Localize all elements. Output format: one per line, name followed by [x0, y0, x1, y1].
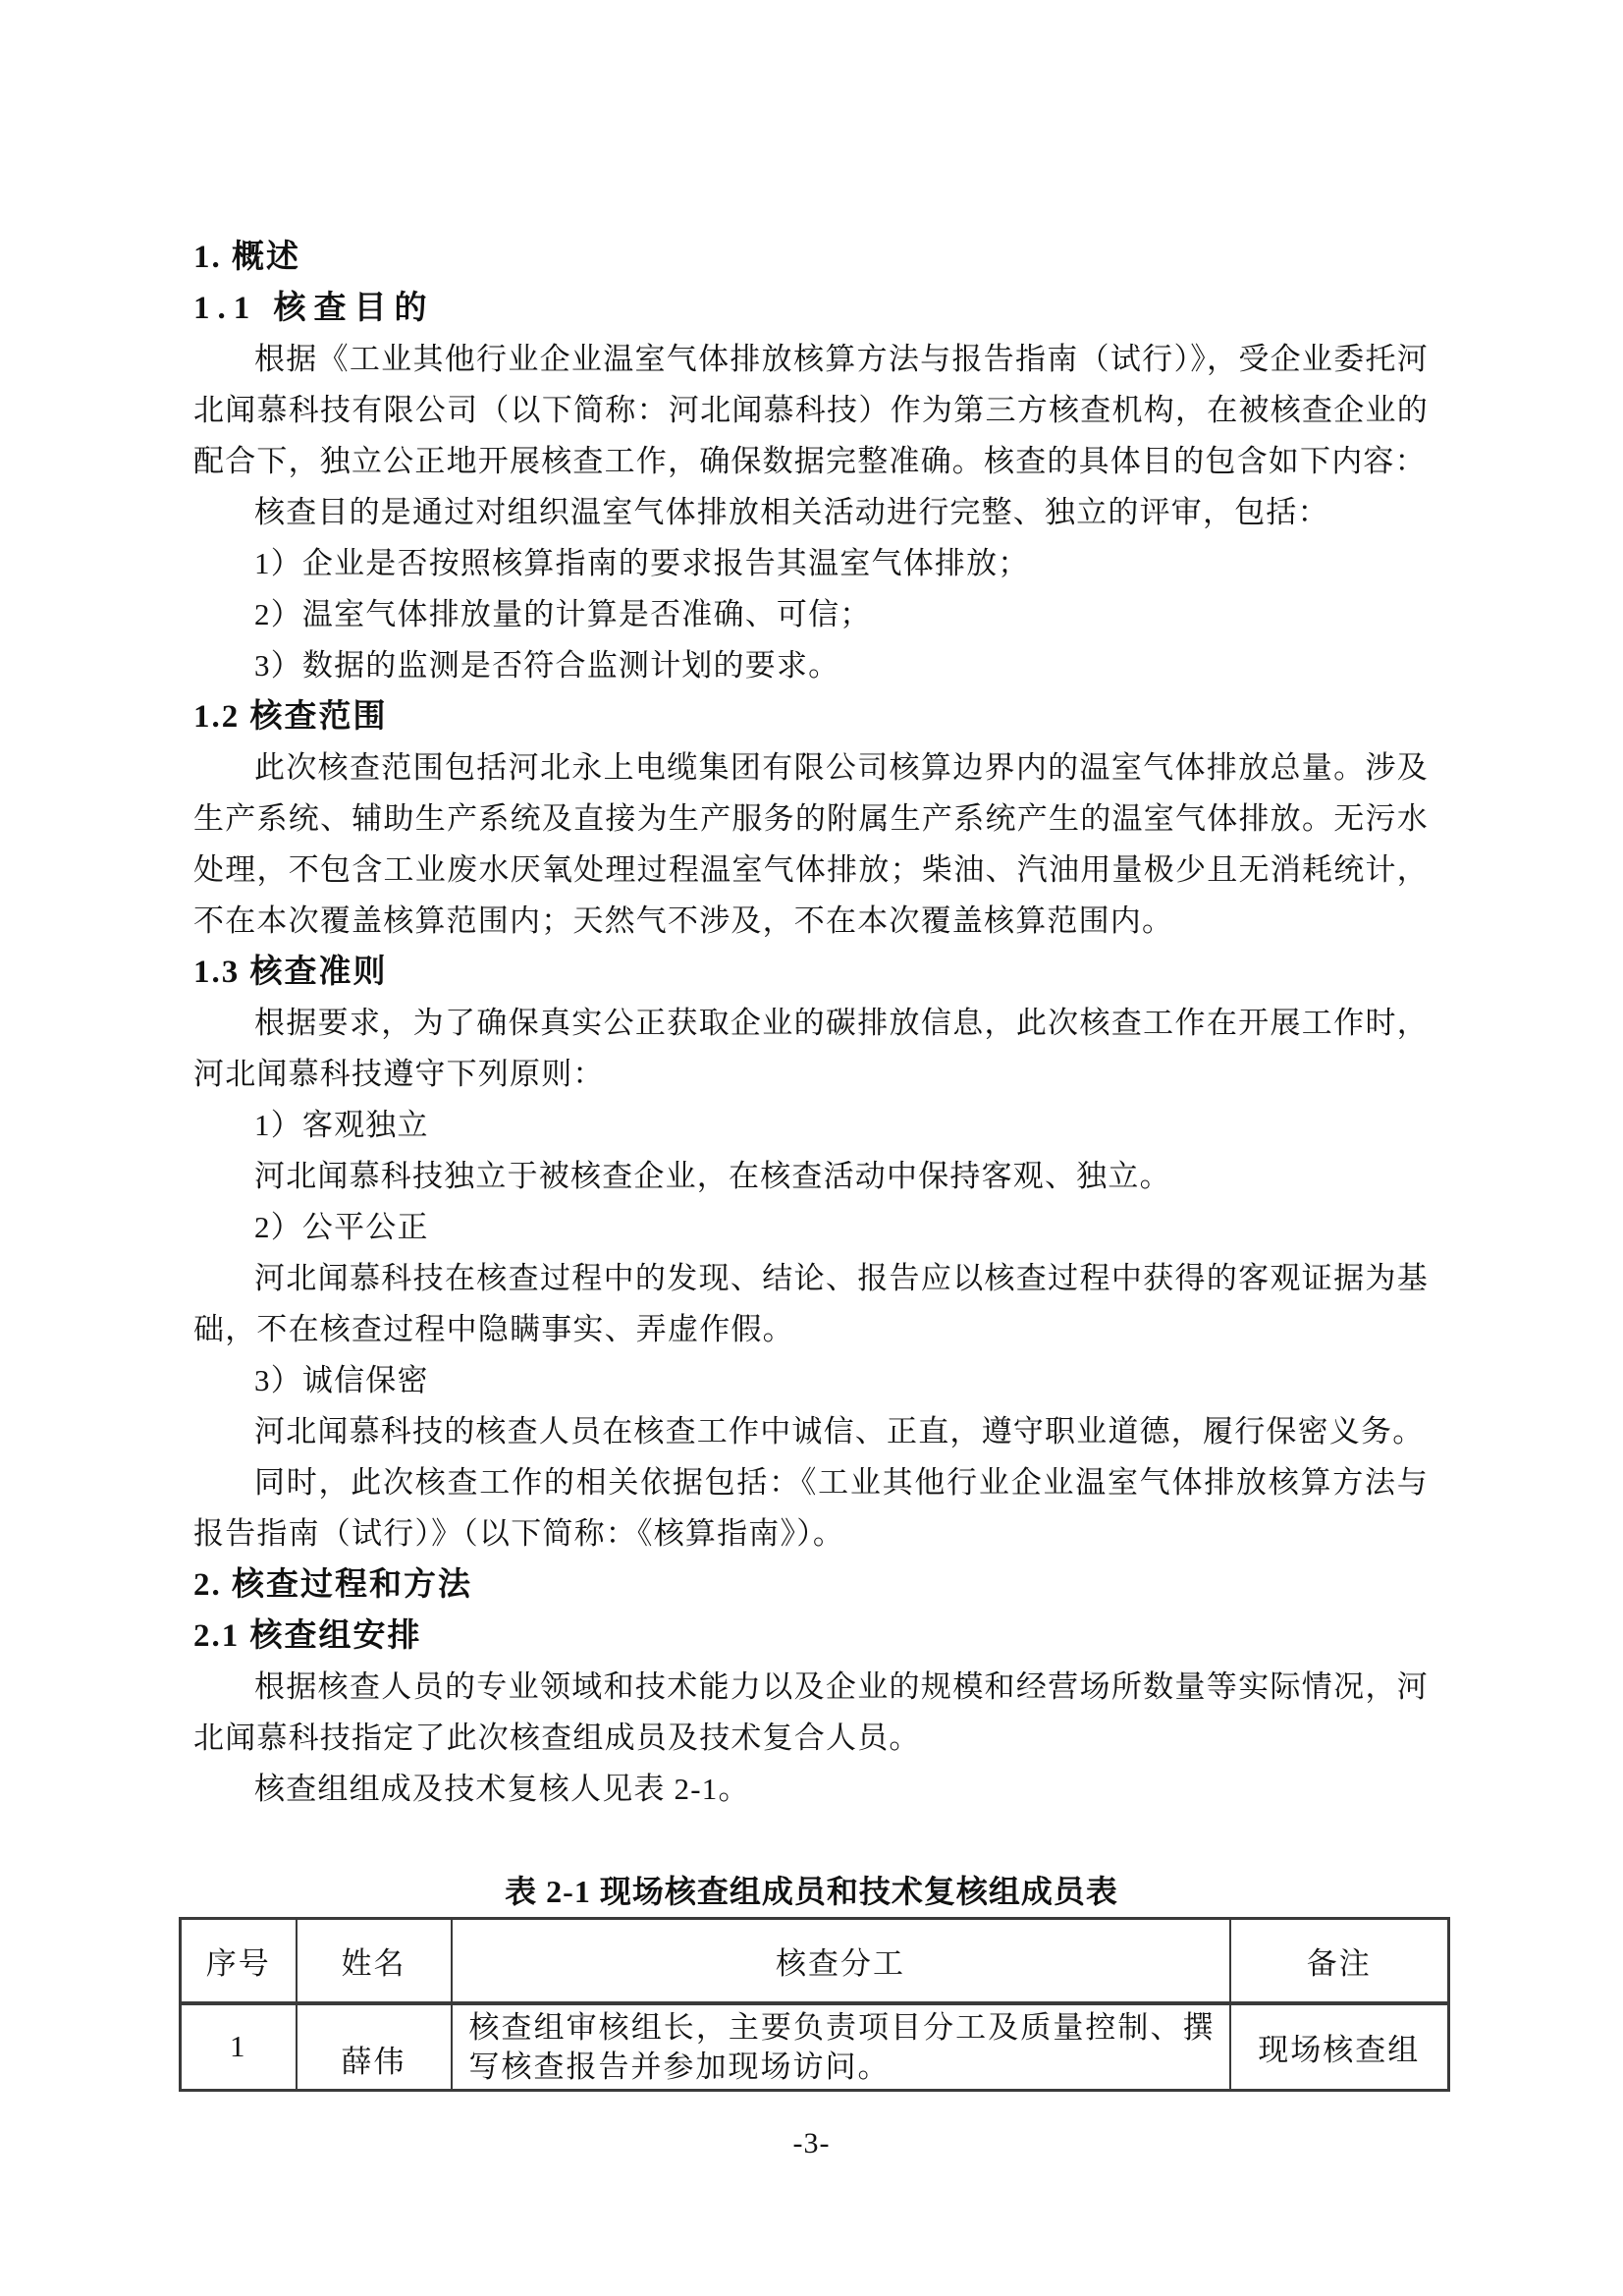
- table-header-duty: 核查分工: [452, 1919, 1230, 2003]
- paragraph: 河北闻慕科技在核查过程中的发现、结论、报告应以核查过程中获得的客观证据为基础，不…: [193, 1253, 1429, 1355]
- table-caption: 表 2-1 现场核查组成员和技术复核组成员表: [0, 1868, 1623, 1915]
- paragraph: 核查组组成及技术复核人见表 2-1。: [193, 1764, 1429, 1815]
- paragraph: 同时，此次核查工作的相关依据包括：《工业其他行业企业温室气体排放核算方法与报告指…: [193, 1457, 1429, 1559]
- heading-1-3-verification-criteria: 1.3 核查准则: [193, 947, 1429, 998]
- page-number: -3-: [0, 2127, 1623, 2160]
- table-cell-no: 1: [181, 2003, 297, 2091]
- verification-team-table: 序号 姓名 核查分工 备注 1 薛伟 核查组审核组长，主要负责项目分工及质量控制…: [179, 1917, 1450, 2092]
- heading-2-1-team-arrangement: 2.1 核查组安排: [193, 1611, 1429, 1662]
- paragraph: 根据要求，为了确保真实公正获取企业的碳排放信息，此次核查工作在开展工作时，河北闻…: [193, 998, 1429, 1100]
- list-item-objectivity: 1）客观独立: [193, 1100, 1429, 1151]
- paragraph: 河北闻慕科技的核查人员在核查工作中诚信、正直，遵守职业道德，履行保密义务。: [193, 1406, 1429, 1457]
- list-item-fairness: 2）公平公正: [193, 1202, 1429, 1253]
- list-item-3: 3）数据的监测是否符合监测计划的要求。: [193, 640, 1429, 691]
- list-item-1: 1）企业是否按照核算指南的要求报告其温室气体排放；: [193, 538, 1429, 589]
- table-cell-duty: 核查组审核组长，主要负责项目分工及质量控制、撰写核查报告并参加现场访问。: [452, 2003, 1230, 2091]
- paragraph: 根据核查人员的专业领域和技术能力以及企业的规模和经营场所数量等实际情况，河北闻慕…: [193, 1662, 1429, 1764]
- table-header-name: 姓名: [297, 1919, 452, 2003]
- paragraph: 核查目的是通过对组织温室气体排放相关活动进行完整、独立的评审，包括：: [193, 487, 1429, 538]
- document-body: 1. 概述 1.1 核查目的 根据《工业其他行业企业温室气体排放核算方法与报告指…: [193, 232, 1429, 1815]
- heading-1-1-verification-purpose: 1.1 核查目的: [193, 283, 1429, 334]
- paragraph: 此次核查范围包括河北永上电缆集团有限公司核算边界内的温室气体排放总量。涉及生产系…: [193, 742, 1429, 947]
- table-row: 1 薛伟 核查组审核组长，主要负责项目分工及质量控制、撰写核查报告并参加现场访问…: [181, 2003, 1449, 2091]
- heading-2-process-and-method: 2. 核查过程和方法: [193, 1559, 1429, 1611]
- paragraph: 河北闻慕科技独立于被核查企业，在核查活动中保持客观、独立。: [193, 1151, 1429, 1202]
- heading-1-2-verification-scope: 1.2 核查范围: [193, 691, 1429, 742]
- table-cell-note: 现场核查组: [1230, 2003, 1449, 2091]
- table-header-row: 序号 姓名 核查分工 备注: [181, 1919, 1449, 2003]
- table-header-note: 备注: [1230, 1919, 1449, 2003]
- table-cell-name: 薛伟: [297, 2003, 452, 2091]
- paragraph: 根据《工业其他行业企业温室气体排放核算方法与报告指南（试行）》，受企业委托河北闻…: [193, 334, 1429, 487]
- heading-1-overview: 1. 概述: [193, 232, 1429, 283]
- list-item-confidentiality: 3）诚信保密: [193, 1355, 1429, 1406]
- list-item-2: 2）温室气体排放量的计算是否准确、可信；: [193, 589, 1429, 640]
- document-page: 1. 概述 1.1 核查目的 根据《工业其他行业企业温室气体排放核算方法与报告指…: [0, 0, 1623, 2296]
- table-header-no: 序号: [181, 1919, 297, 2003]
